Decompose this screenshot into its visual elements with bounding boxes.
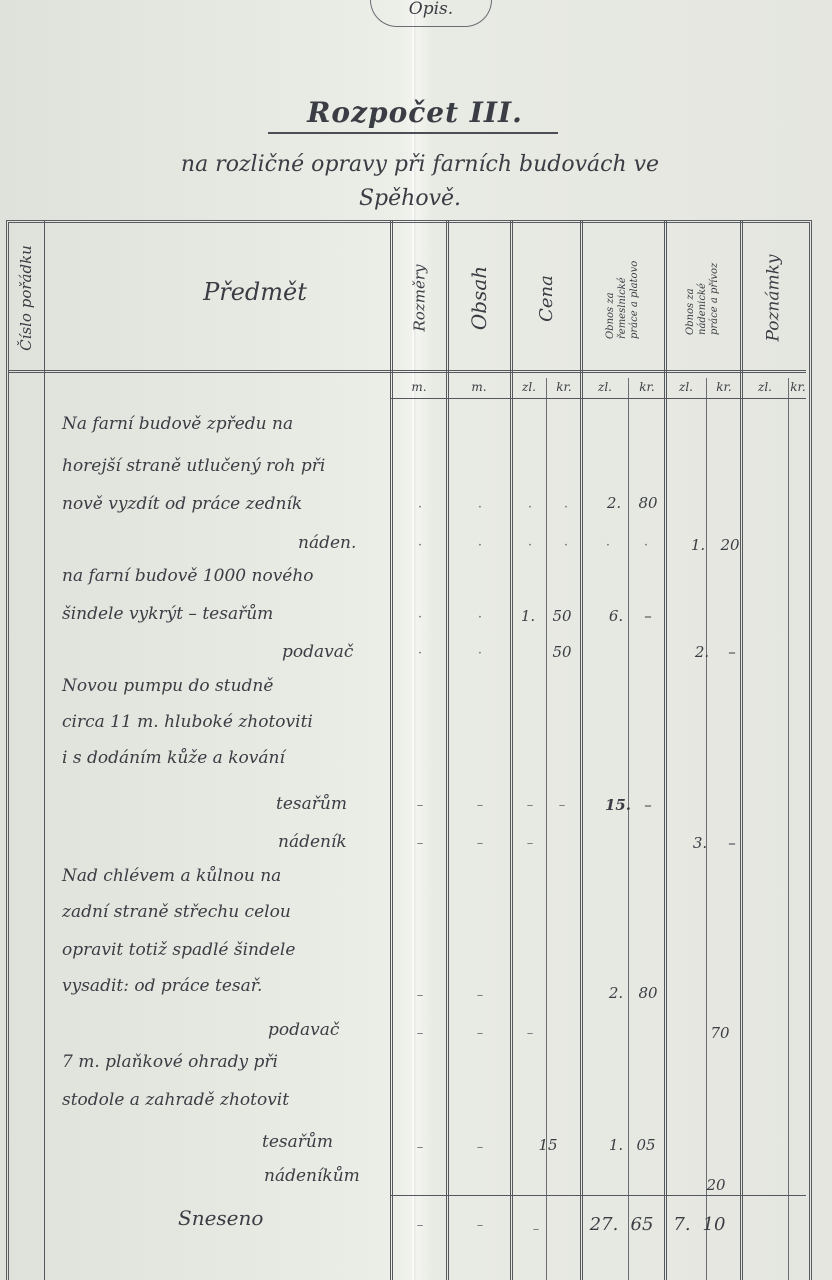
unit-notes-kr: kr. [790, 380, 806, 394]
empty-cell-mark: · [470, 500, 490, 515]
document-subtitle: na rozličné opravy při farních budovách … [55, 152, 785, 177]
col-header-labor-amount: Obnos za nádenické práce a přívoz [666, 228, 740, 368]
empty-cell-mark: · [636, 538, 656, 553]
row-text: šindele vykrýt – tesařům [62, 604, 273, 624]
empty-cell-mark: – [552, 798, 572, 813]
col-header-number: Číslo pořádku [8, 228, 44, 368]
empty-cell-mark: – [470, 1218, 490, 1233]
unit-labor-kr: kr. [708, 380, 740, 394]
craft-kr: 80 [628, 984, 668, 1002]
labor-kr: 70 [700, 1024, 740, 1042]
row-text: nádeníkům [264, 1166, 360, 1186]
labor-kr: – [712, 834, 752, 852]
row-text: nově vyzdít od práce zedník [62, 494, 302, 514]
price-kr: 15 [528, 1136, 568, 1154]
labor-kr: 20 [710, 536, 750, 554]
labor-kr: 20 [696, 1176, 736, 1194]
empty-cell-mark: – [520, 798, 540, 813]
unit-rule [390, 398, 806, 399]
col-header-price: Cena [512, 228, 580, 368]
col-header-contents: Obsah [448, 228, 510, 368]
empty-cell-mark: – [520, 1026, 540, 1041]
total-labor-kr: 10 [694, 1214, 734, 1235]
labor-kr: – [712, 643, 752, 661]
empty-cell-mark: · [410, 610, 430, 625]
row-text: vysadit: od práce tesař. [62, 976, 262, 996]
row-text: horejší straně utlučený roh při [62, 456, 325, 476]
col-subdivider [788, 378, 789, 1280]
col-divider [580, 220, 583, 1280]
craft-kr: – [628, 796, 668, 814]
empty-cell-mark: – [470, 836, 490, 851]
col-header-notes: Poznámky [742, 228, 806, 368]
header-rule [8, 370, 806, 373]
row-text: Novou pumpu do studně [62, 676, 273, 696]
empty-cell-mark: – [410, 1026, 430, 1041]
total-label: Sneseno [178, 1206, 263, 1230]
empty-cell-mark: · [520, 500, 540, 515]
row-text: na farní budově 1000 nového [62, 566, 314, 586]
document-title: Rozpočet III. [270, 96, 560, 129]
empty-cell-mark: – [410, 1140, 430, 1155]
row-text: podavač [282, 642, 353, 662]
empty-cell-mark: – [470, 988, 490, 1003]
row-text: zadní straně střechu celou [62, 902, 291, 922]
unit-craft-kr: kr. [630, 380, 664, 394]
row-text: opravit totiž spadlé šindele [62, 940, 295, 960]
row-text: náden. [298, 533, 356, 553]
empty-cell-mark: – [410, 988, 430, 1003]
col-divider [664, 220, 667, 1280]
unit-contents: m. [448, 380, 510, 394]
total-rule [390, 1195, 806, 1196]
row-text: stodole a zahradě zhotovit [62, 1090, 289, 1110]
empty-cell-mark: · [520, 538, 540, 553]
empty-cell-mark: · [598, 538, 618, 553]
craft-kr: – [628, 607, 668, 625]
total-craft-zl: 27. [584, 1214, 624, 1235]
unit-craft-zl: zl. [582, 380, 628, 394]
unit-notes-zl: zl. [742, 380, 788, 394]
row-text: circa 11 m. hluboké zhotoviti [62, 712, 313, 732]
col-header-subject: Předmět [140, 278, 370, 306]
empty-cell-mark: · [410, 500, 430, 515]
empty-cell-mark: · [410, 538, 430, 553]
row-text: 7 m. plaňkové ohrady při [62, 1052, 278, 1072]
row-text: tesařům [262, 1132, 333, 1152]
unit-dimensions: m. [392, 380, 446, 394]
empty-cell-mark: – [410, 1218, 430, 1233]
document-subtitle-place: Spěhově. [310, 186, 510, 211]
col-divider [44, 220, 45, 1280]
title-underline [268, 132, 558, 134]
empty-cell-mark: · [470, 646, 490, 661]
unit-price-zl: zl. [512, 380, 546, 394]
col-subdivider [706, 378, 707, 1280]
price-kr: 50 [542, 607, 582, 625]
price-kr: 50 [542, 643, 582, 661]
empty-cell-mark: – [470, 1140, 490, 1155]
total-craft-kr: 65 [622, 1214, 662, 1235]
col-divider [510, 220, 513, 1280]
row-text: tesařům [276, 794, 347, 814]
empty-cell-mark: · [410, 646, 430, 661]
row-text: podavač [268, 1020, 339, 1040]
col-divider [740, 220, 743, 1280]
col-header-dimensions: Rozměry [392, 228, 446, 368]
empty-cell-mark: – [470, 1026, 490, 1041]
craft-kr: 05 [626, 1136, 666, 1154]
row-text: i s dodáním kůže a kování [62, 748, 285, 768]
empty-cell-mark: – [520, 836, 540, 851]
empty-cell-mark: – [470, 798, 490, 813]
craft-kr: 80 [628, 494, 668, 512]
empty-cell-mark: – [410, 798, 430, 813]
empty-cell-mark: – [410, 836, 430, 851]
empty-cell-mark: – [526, 1222, 546, 1237]
unit-labor-zl: zl. [666, 380, 706, 394]
top-label: Opis. [370, 0, 492, 27]
col-divider [446, 220, 449, 1280]
row-text: Nad chlévem a kůlnou na [62, 866, 281, 886]
empty-cell-mark: · [556, 538, 576, 553]
empty-cell-mark: · [556, 500, 576, 515]
row-text: nádeník [278, 832, 347, 852]
col-header-craft-amount: Obnos za řemeslnické práce a platovo [582, 228, 664, 368]
empty-cell-mark: · [470, 538, 490, 553]
col-divider [390, 220, 393, 1280]
row-text: Na farní budově zpředu na [62, 414, 293, 434]
unit-price-kr: kr. [548, 380, 580, 394]
empty-cell-mark: · [470, 610, 490, 625]
